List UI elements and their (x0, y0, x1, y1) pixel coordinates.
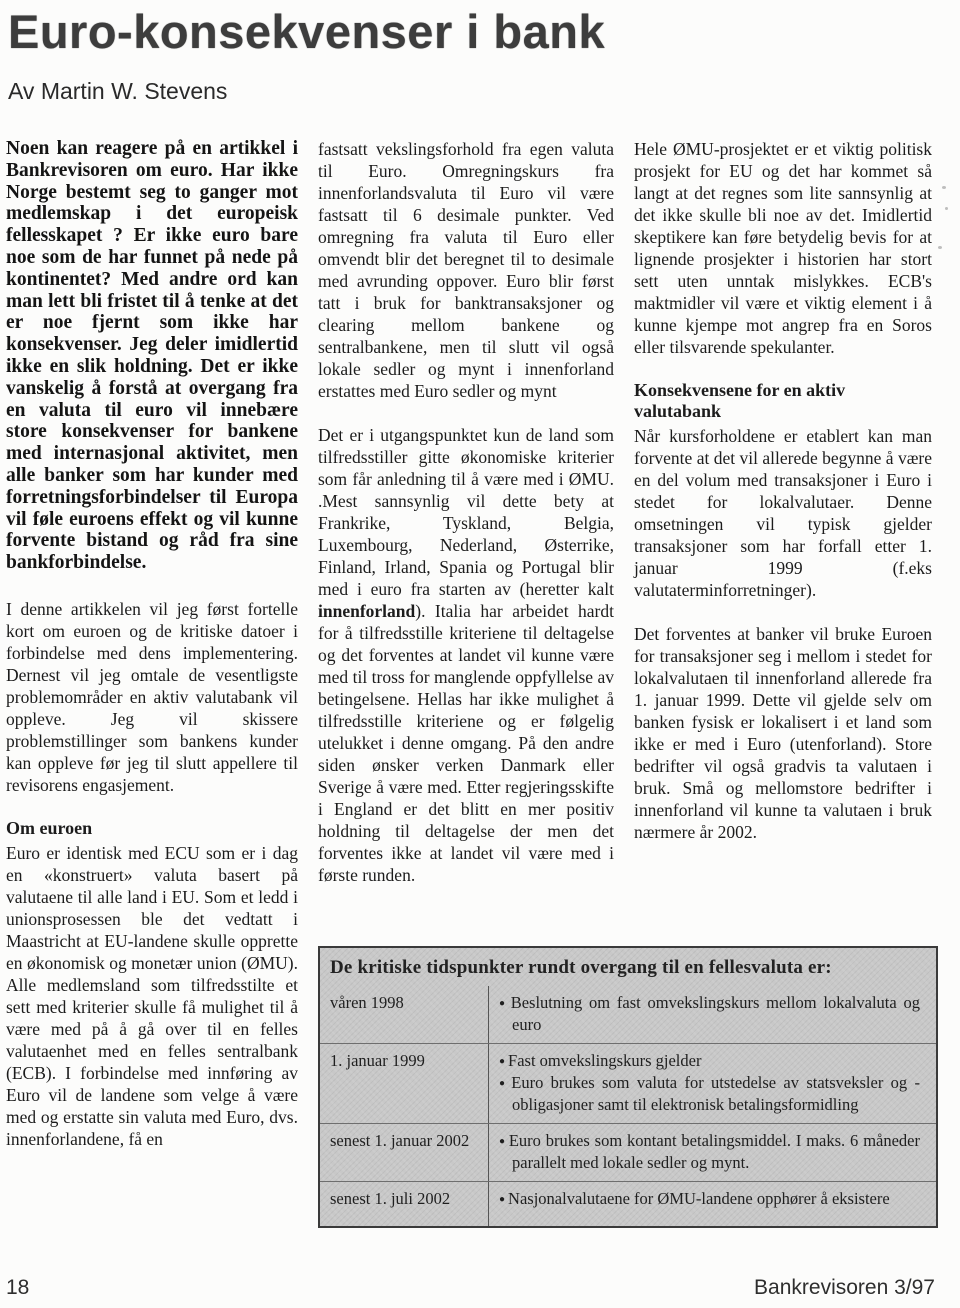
text-column-right: Hele ØMU-prosjektet er et viktig politis… (634, 138, 932, 843)
journal-name: Bankrevisoren 3/97 (754, 1276, 935, 1300)
table-row: senest 1. januar 2002 Euro brukes som ko… (320, 1123, 936, 1181)
paragraph-text: ). Italia har arbeidet hardt for å tilfr… (318, 601, 614, 885)
bullet-item: Fast omvekslingskurs gjelder (499, 1050, 920, 1072)
lead-paragraph: Noen kan reagere på en artikkel i Bankre… (6, 138, 298, 574)
date-cell: senest 1. juli 2002 (320, 1182, 488, 1226)
section-heading-om-euroen: Om euroen (6, 818, 298, 839)
intro-paragraph: I denne artikkelen vil jeg først fortell… (6, 598, 298, 796)
bullet-item: Euro brukes som kontant betalingsmiddel.… (499, 1130, 920, 1173)
paragraph-text: Det er i utgangspunktet kun de land som … (318, 425, 614, 599)
text-column-middle: fastsatt vekslingsforhold fra egen valut… (318, 138, 614, 886)
exchange-rates-paragraph: Når kursforholdene er etablert kan man f… (634, 425, 932, 601)
events-cell: Beslutning om fast omvekslingskurs mello… (488, 986, 936, 1043)
byline: Av Martin W. Stevens (8, 78, 227, 105)
text-column-left: Noen kan reagere på en artikkel i Bankre… (6, 138, 298, 1150)
date-cell: 1. januar 1999 (320, 1044, 488, 1123)
table-row: 1. januar 1999 Fast omvekslingskurs gjel… (320, 1043, 936, 1123)
events-cell: Fast omvekslingskurs gjelder Euro brukes… (488, 1044, 936, 1123)
date-cell: senest 1. januar 2002 (320, 1124, 488, 1181)
bullet-item: Nasjonalvalutaene for ØMU-landene opphør… (499, 1188, 920, 1210)
section-heading-konsekvensene: Konsekvensene for en aktiv valutabank (634, 380, 932, 422)
scanned-article-page: Euro-konsekvenser i bank Av Martin W. St… (0, 0, 960, 1308)
member-countries-paragraph: Det er i utgangspunktet kun de land som … (318, 424, 614, 886)
emu-project-paragraph: Hele ØMU-prosjektet er et viktig politis… (634, 138, 932, 358)
page-title: Euro-konsekvenser i bank (8, 4, 605, 59)
date-cell: våren 1998 (320, 986, 488, 1043)
conversion-paragraph: fastsatt vekslingsforhold fra egen valut… (318, 138, 614, 402)
timeline-table-title: De kritiske tidspunkter rundt overgang t… (320, 948, 936, 986)
bullet-item: Beslutning om fast omvekslingskurs mello… (499, 992, 920, 1035)
bank-usage-paragraph: Det forventes at banker vil bruke Euroen… (634, 623, 932, 843)
paragraph-text-bold: innenforland (318, 601, 415, 621)
page-number: 18 (6, 1276, 29, 1300)
about-euro-paragraph: Euro er identisk med ECU som er i dag en… (6, 842, 298, 1150)
scan-artifact (945, 207, 948, 210)
timeline-table: De kritiske tidspunkter rundt overgang t… (318, 946, 938, 1228)
bullet-item: Euro brukes som valuta for utstedelse av… (499, 1072, 920, 1115)
events-cell: Euro brukes som kontant betalingsmiddel.… (488, 1124, 936, 1181)
table-row: våren 1998 Beslutning om fast omveksling… (320, 986, 936, 1043)
scan-artifact (938, 246, 942, 249)
events-cell: Nasjonalvalutaene for ØMU-landene opphør… (488, 1182, 936, 1226)
table-row: senest 1. juli 2002 Nasjonalvalutaene fo… (320, 1181, 936, 1226)
scan-artifact (942, 186, 946, 189)
